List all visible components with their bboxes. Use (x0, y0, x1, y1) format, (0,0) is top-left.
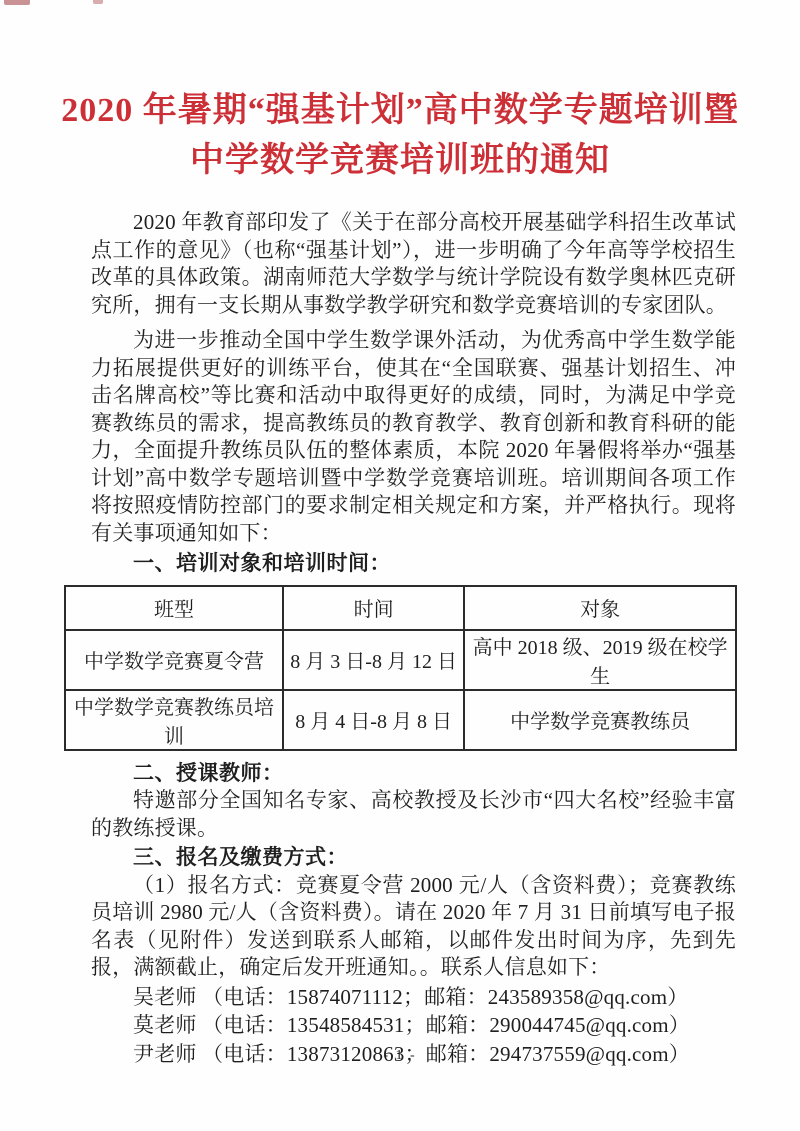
document-title-line2: 中学数学竞赛培训班的通知 (0, 136, 800, 186)
section-3-heading: 三、报名及缴费方式： (91, 844, 736, 872)
section-1-heading: 一、培训对象和培训时间： (91, 550, 736, 578)
section-2-heading: 二、授课教师： (91, 760, 736, 788)
paragraph-intro: 2020 年教育部印发了《关于在部分高校开展基础学科招生改革试点工作的意见》（也… (91, 209, 736, 319)
table-header-target: 对象 (464, 586, 736, 630)
section-2-body: 特邀部分全国知名专家、高校教授及长沙市“四大名校”经验丰富的教练授课。 (91, 787, 736, 842)
document-title-line1: 2020 年暑期“强基计划”高中数学专题培训暨 (0, 86, 800, 136)
document-title: 2020 年暑期“强基计划”高中数学专题培训暨 中学数学竞赛培训班的通知 (0, 0, 800, 186)
scan-artifact (93, 0, 103, 4)
section-3-body: （1）报名方式：竞赛夏令营 2000 元/人（含资料费）；竞赛教练员培训 298… (91, 872, 736, 982)
table-header-time: 时间 (283, 586, 464, 630)
document-page: 2020 年暑期“强基计划”高中数学专题培训暨 中学数学竞赛培训班的通知 202… (0, 0, 800, 1131)
document-body-lower: 二、授课教师： 特邀部分全国知名专家、高校教授及长沙市“四大名校”经验丰富的教练… (91, 760, 736, 1069)
training-schedule-table: 班型 时间 对象 中学数学竞赛夏令营 8 月 3 日-8 月 12 日 高中 2… (64, 585, 737, 751)
contact-line-wu: 吴老师 （电话：15874071112；邮箱：243589358@qq.com） (91, 983, 736, 1012)
table-header-row: 班型 时间 对象 (65, 586, 736, 630)
table-cell-target: 中学数学竞赛教练员 (464, 690, 736, 750)
document-body: 2020 年教育部印发了《关于在部分高校开展基础学科招生改革试点工作的意见》（也… (91, 209, 736, 578)
table-cell-class-type: 中学数学竞赛夏令营 (65, 630, 283, 690)
table-cell-time: 8 月 4 日-8 月 8 日 (283, 690, 464, 750)
contact-line-mo: 莫老师 （电话：13548584531；邮箱：290044745@qq.com） (91, 1011, 736, 1040)
scan-artifact (4, 0, 30, 5)
paragraph-purpose: 为进一步推动全国中学生数学课外活动，为优秀高中学生数学能力拓展提供更好的训练平台… (91, 327, 736, 547)
table-cell-time: 8 月 3 日-8 月 12 日 (283, 630, 464, 690)
page-number: - 1 - (0, 1048, 800, 1064)
table-cell-class-type: 中学数学竞赛教练员培训 (65, 690, 283, 750)
table-cell-target: 高中 2018 级、2019 级在校学生 (464, 630, 736, 690)
table-row: 中学数学竞赛夏令营 8 月 3 日-8 月 12 日 高中 2018 级、201… (65, 630, 736, 690)
table-header-class-type: 班型 (65, 586, 283, 630)
table-row: 中学数学竞赛教练员培训 8 月 4 日-8 月 8 日 中学数学竞赛教练员 (65, 690, 736, 750)
